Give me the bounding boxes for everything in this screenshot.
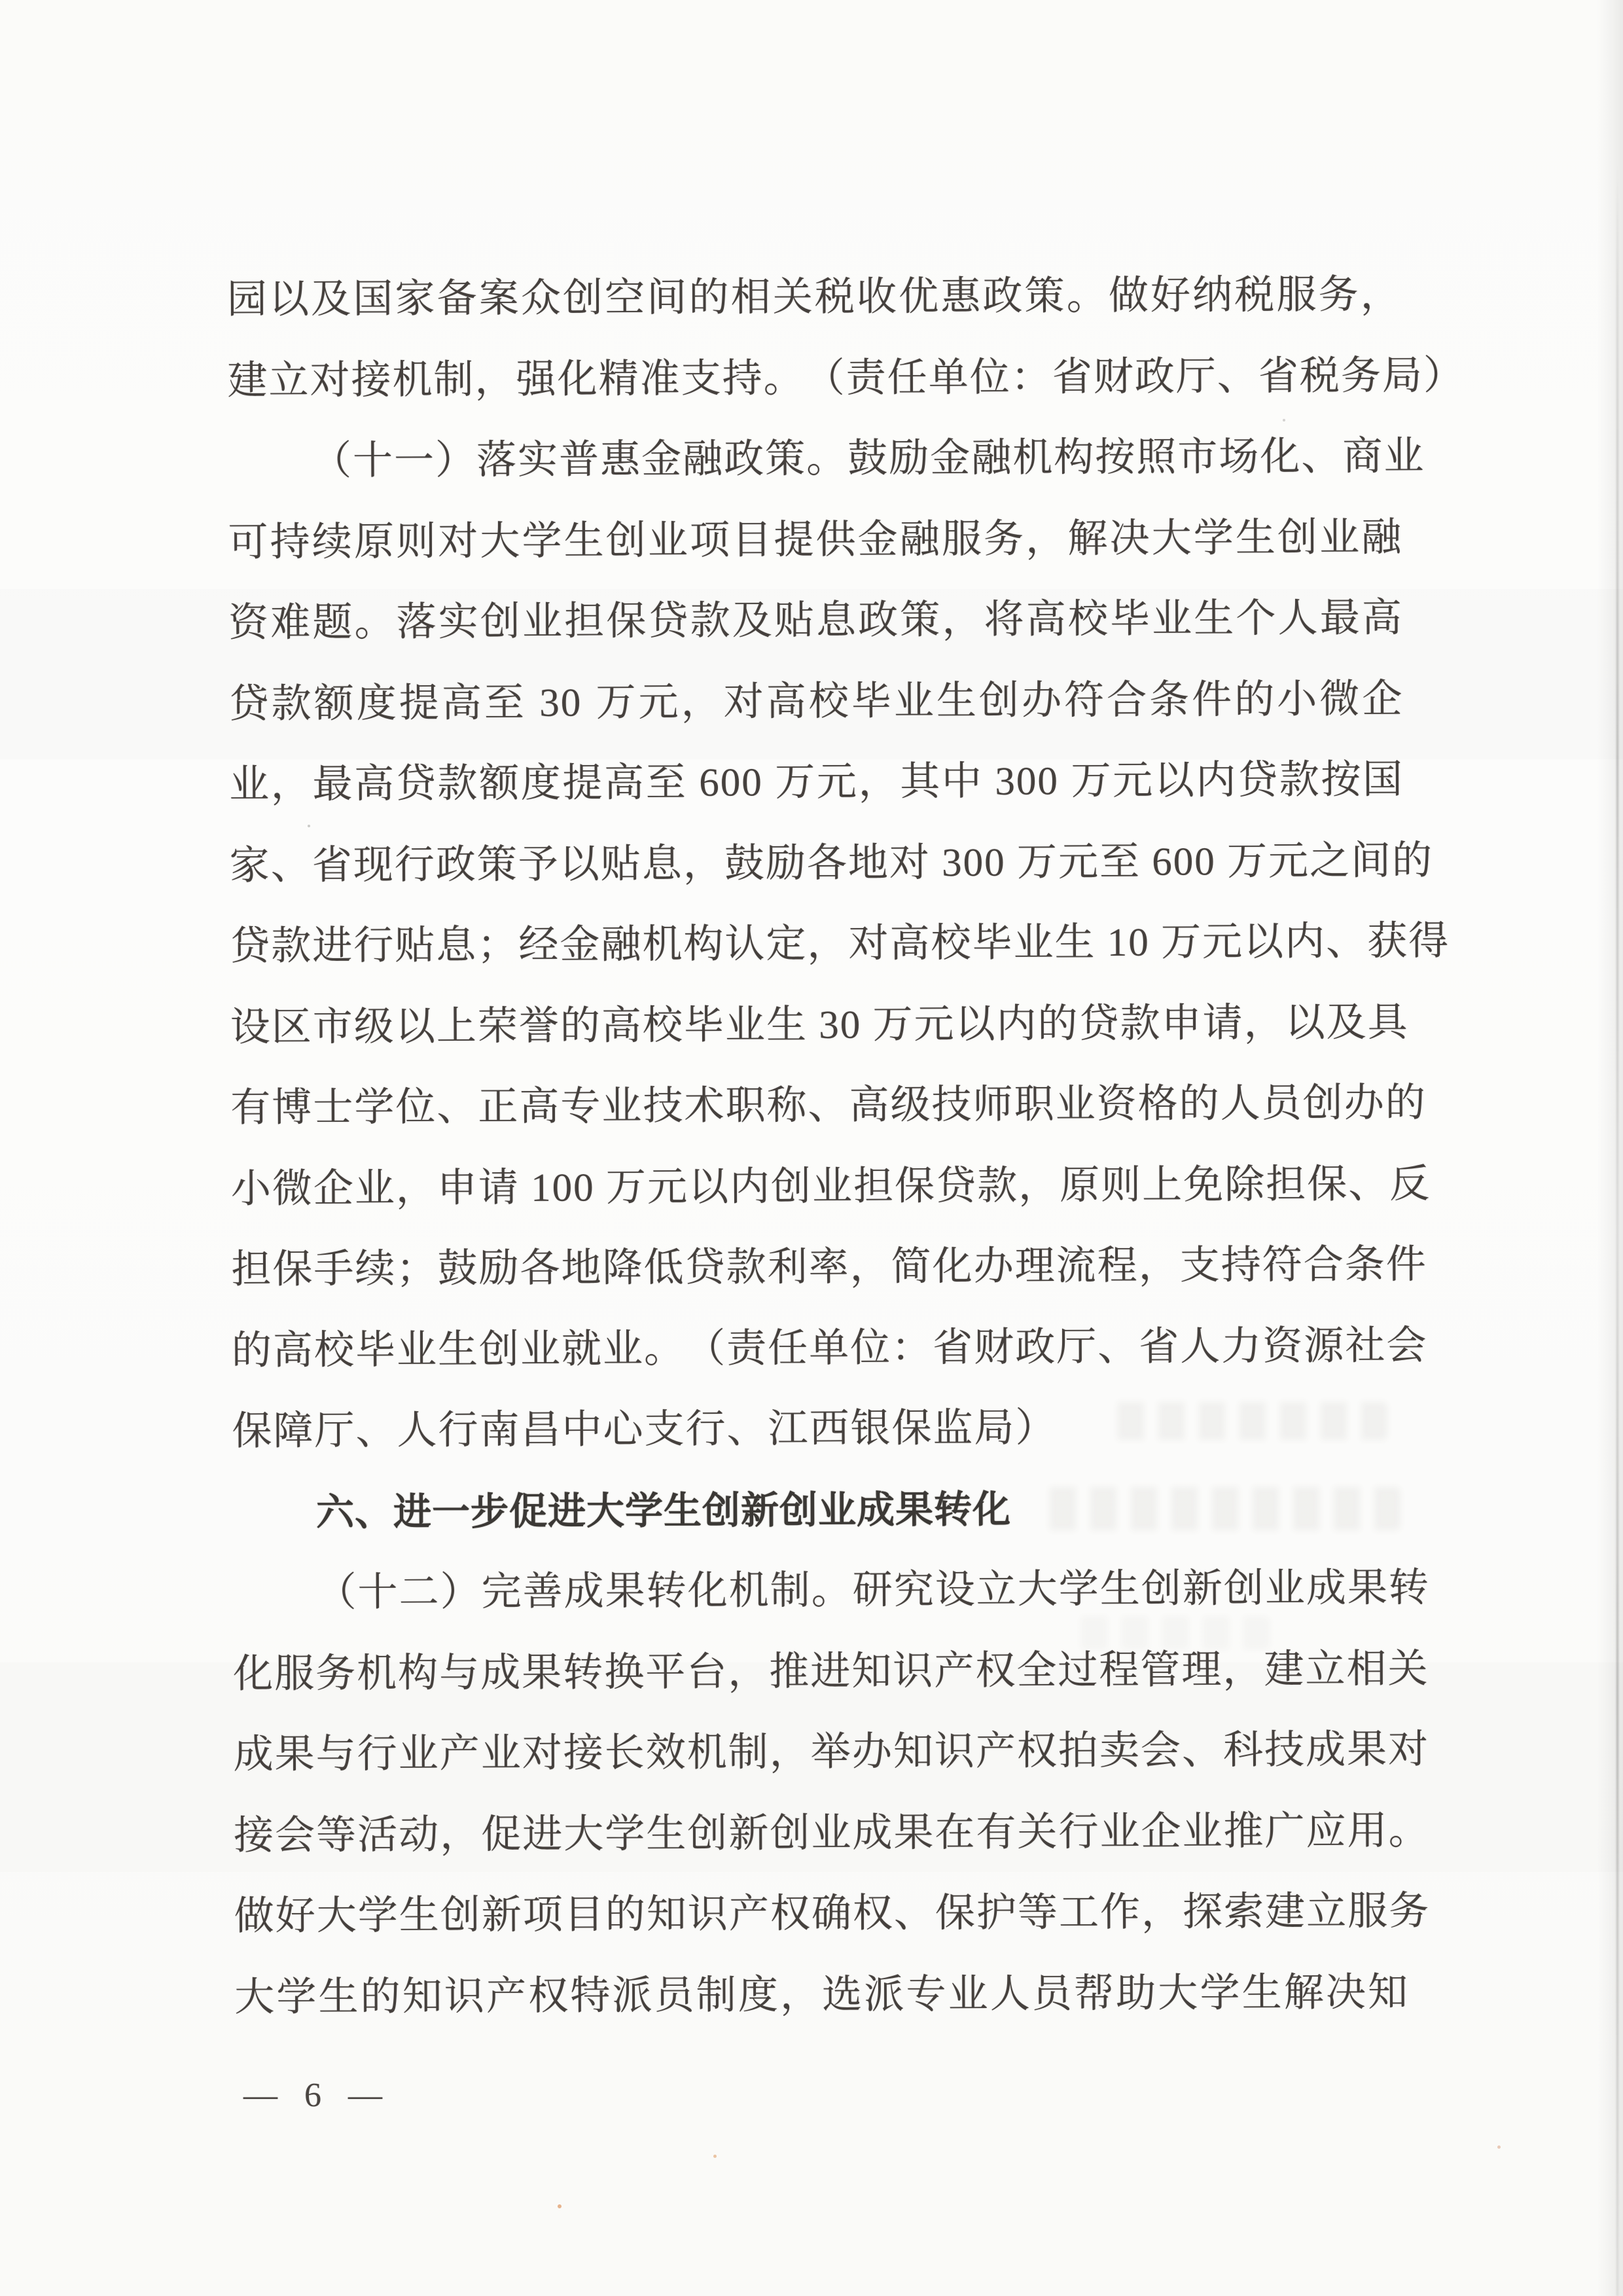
glyph: 力	[1221, 1306, 1263, 1388]
glyph: 务	[1389, 1871, 1431, 1952]
glyph: 的	[1234, 659, 1276, 740]
glyph: 建	[1265, 1872, 1307, 1953]
glyph: 业	[398, 1714, 440, 1795]
glyph: 服	[274, 1634, 316, 1715]
text-line: 建立对接机制，强化精准支持。（责任单位：省财政厅、省税务局）	[227, 336, 1402, 422]
glyph: 原	[354, 501, 396, 583]
glyph: 高	[519, 1067, 561, 1148]
glyph: 责	[726, 1308, 768, 1390]
glyph: 助	[1116, 1953, 1158, 2034]
glyph: ，	[1222, 1630, 1264, 1711]
glyph: 权	[528, 1956, 570, 2037]
glyph: 原	[1060, 1145, 1101, 1227]
glyph: ）	[435, 420, 477, 501]
glyph: 好	[275, 1876, 317, 1957]
glyph: 供	[815, 499, 857, 581]
glyph: 业	[1182, 1791, 1224, 1873]
glyph	[1005, 822, 1017, 903]
glyph: 息	[816, 581, 858, 662]
glyph: 以	[395, 986, 437, 1067]
glyph	[527, 662, 539, 744]
glyph: 案	[479, 259, 521, 340]
glyph: 认	[724, 904, 766, 985]
glyph: 高	[442, 663, 484, 744]
glyph: 研	[852, 1551, 894, 1632]
glyph: 以	[955, 984, 997, 1065]
text-line: 大学生的知识产权特派员制度，选派专业人员帮助大学生解决知	[234, 1952, 1410, 2038]
glyph: 大	[1158, 1953, 1200, 2034]
glyph	[1141, 821, 1152, 903]
glyph: 项	[523, 1875, 565, 1956]
glyph: 有	[976, 1792, 1018, 1873]
glyph: 创	[687, 1793, 729, 1874]
glyph: 办	[852, 1712, 894, 1793]
glyph	[1215, 821, 1227, 903]
glyph: 业	[948, 1954, 990, 2035]
glyph: 业	[812, 1146, 854, 1227]
glyph: 生	[399, 1876, 441, 1957]
glyph: 应	[1306, 1791, 1347, 1872]
glyph: 微	[1319, 659, 1361, 740]
glyph: 化	[557, 339, 599, 420]
glyph: 员	[1032, 1954, 1074, 2035]
glyph: 、	[1217, 336, 1259, 418]
glyph: 贷	[228, 664, 270, 745]
glyph: 产	[976, 1712, 1018, 1793]
glyph: 单	[809, 1308, 851, 1389]
glyph: 知	[851, 1631, 893, 1712]
glyph: 生	[1100, 1549, 1142, 1630]
glyph: 厅	[1056, 1307, 1098, 1388]
glyph: 关	[1017, 1792, 1059, 1873]
glyph: 鼓	[437, 1229, 479, 1310]
glyph: 索	[1224, 1872, 1266, 1953]
glyph: 位	[850, 1308, 892, 1389]
glyph: 元	[817, 742, 859, 823]
glyph: 学	[605, 1794, 647, 1875]
glyph: 一	[394, 421, 436, 502]
glyph: 贷	[648, 581, 690, 662]
glyph: 化	[1260, 417, 1302, 498]
glyph: 高	[889, 903, 931, 984]
glyph: 合	[1304, 1225, 1346, 1306]
glyph: 技	[931, 1065, 973, 1146]
glyph: 至	[645, 743, 687, 824]
glyph: 省	[1052, 337, 1094, 418]
glyph: 工	[1059, 1873, 1101, 1954]
glyph: 除	[1224, 1145, 1266, 1226]
glyph: 位	[395, 1067, 437, 1149]
glyph: 其	[900, 742, 942, 823]
glyph: 护	[976, 1873, 1018, 1954]
glyph: 纳	[1192, 255, 1234, 336]
glyph: 续	[312, 502, 354, 583]
glyph: 的	[1179, 1064, 1221, 1145]
glyph: 对	[1388, 1710, 1430, 1791]
glyph: 建	[227, 340, 269, 422]
glyph: 高	[1362, 578, 1404, 659]
glyph: ，	[728, 1632, 770, 1713]
glyph: 权	[975, 1630, 1017, 1712]
glyph: 金	[641, 420, 683, 501]
glyph: 会	[1141, 1711, 1183, 1792]
glyph: ，	[474, 340, 516, 421]
glyph: 、	[270, 825, 312, 906]
glyph: 资	[1262, 1306, 1304, 1387]
glyph: ，	[780, 1954, 822, 2036]
glyph: 业	[894, 661, 936, 742]
glyph: 的	[1392, 820, 1434, 901]
glyph: 动	[399, 1795, 440, 1876]
glyph: 学	[1059, 1549, 1101, 1630]
glyph: 难	[270, 583, 312, 664]
text-line: 做好大学生创新项目的知识产权确权、保护等工作，探索建立服务	[234, 1871, 1409, 1957]
glyph: 高	[354, 744, 396, 825]
dust-speck	[1497, 2145, 1501, 2149]
glyph: 卖	[1099, 1711, 1141, 1792]
glyph: 管	[1140, 1630, 1182, 1711]
glyph: 予	[518, 824, 560, 905]
glyph	[1150, 903, 1162, 984]
glyph: 款	[1120, 983, 1162, 1064]
glyph: 30	[819, 984, 862, 1066]
glyph: 会	[275, 1795, 317, 1876]
glyph: 促	[481, 1794, 523, 1875]
glyph: 生	[563, 501, 605, 582]
glyph: 务	[984, 499, 1026, 580]
glyph: 办	[1344, 1063, 1385, 1144]
glyph: 成	[1306, 1710, 1347, 1791]
glyph: 、	[437, 1067, 478, 1148]
glyph: 上	[437, 986, 478, 1067]
glyph: 企	[313, 1149, 355, 1230]
glyph: 有	[230, 1068, 272, 1149]
glyph: 请	[1202, 983, 1244, 1064]
page-edge-crease	[1616, 164, 1618, 2296]
glyph	[763, 742, 775, 823]
glyph: 校	[314, 1310, 356, 1391]
glyph: 元	[1202, 902, 1244, 983]
glyph: 省	[312, 825, 353, 906]
glyph: 学	[522, 501, 563, 582]
glyph: 过	[1058, 1630, 1099, 1712]
glyph: ，	[1026, 499, 1067, 580]
glyph: 。	[354, 583, 396, 664]
glyph: 创	[606, 501, 648, 582]
glyph: ，	[271, 744, 313, 825]
glyph: 贷	[396, 744, 438, 825]
glyph: 政	[436, 825, 478, 906]
glyph: 知	[647, 1874, 688, 1956]
glyph: 上	[1142, 1145, 1184, 1226]
glyph: 励	[889, 418, 931, 499]
glyph: 人	[1220, 1064, 1262, 1145]
glyph: 士	[313, 1067, 355, 1149]
glyph: 校	[809, 661, 851, 742]
glyph: 的	[605, 1874, 647, 1956]
dust-speck	[558, 2204, 562, 2208]
glyph: 照	[1136, 418, 1178, 499]
glyph: 政	[858, 580, 900, 661]
glyph: 融	[683, 420, 724, 501]
glyph: 识	[935, 1712, 976, 1793]
glyph: 降	[602, 1228, 644, 1309]
glyph: 最	[1319, 578, 1361, 659]
glyph: 职	[725, 1066, 767, 1147]
glyph: 用	[1347, 1791, 1389, 1872]
glyph: 600	[1152, 821, 1216, 903]
glyph: 万	[1227, 821, 1269, 902]
glyph: 申	[437, 1148, 479, 1229]
glyph: 识	[444, 1956, 486, 2037]
glyph: 校	[1068, 579, 1110, 660]
glyph: 活	[357, 1795, 399, 1876]
glyph: 元	[638, 662, 680, 743]
glyph: 项	[690, 500, 732, 581]
glyph: 担	[231, 1230, 273, 1311]
glyph: 融	[601, 905, 643, 986]
glyph: 学	[276, 1957, 318, 2038]
glyph: 励	[766, 823, 808, 905]
glyph: 接	[351, 340, 393, 421]
glyph: 专	[906, 1954, 948, 2036]
glyph: 惠	[600, 420, 642, 501]
glyph: 以	[1243, 902, 1285, 983]
glyph: 内	[730, 1147, 772, 1228]
glyph: 内	[996, 984, 1038, 1065]
glyph: 强	[516, 339, 558, 420]
glyph: 财	[1094, 336, 1135, 418]
glyph: 额	[313, 664, 355, 745]
glyph: 流	[1056, 1226, 1097, 1307]
glyph: 换	[604, 1632, 646, 1713]
glyph: 励	[478, 1229, 520, 1310]
glyph: 大	[1151, 498, 1193, 579]
glyph: 对	[438, 501, 480, 583]
glyph: 社	[1345, 1306, 1387, 1387]
glyph: 对	[310, 340, 351, 422]
glyph: 成	[1306, 1548, 1348, 1629]
glyph	[1059, 741, 1071, 822]
glyph: 按	[1321, 740, 1363, 821]
glyph: （	[685, 1308, 727, 1390]
glyph: 业	[1383, 416, 1425, 497]
glyph: 策	[477, 824, 519, 905]
glyph: 校	[931, 903, 972, 984]
glyph: 进	[522, 1794, 564, 1875]
glyph: 务	[1318, 255, 1360, 336]
glyph: 生	[936, 660, 978, 742]
glyph: ，	[1138, 1226, 1180, 1307]
glyph: 权	[853, 1874, 895, 1955]
glyph: 建	[1264, 1629, 1306, 1710]
glyph: 件	[1386, 1225, 1428, 1306]
glyph: （	[312, 421, 353, 502]
glyph: 毕	[355, 1310, 397, 1391]
glyph: 机	[642, 905, 684, 986]
glyph: 万	[872, 984, 914, 1066]
glyph: 善	[522, 1552, 564, 1633]
glyph: 果	[893, 1793, 935, 1874]
glyph: 至	[1099, 821, 1141, 903]
glyph: 对	[848, 904, 890, 985]
glyph: 600	[699, 742, 763, 823]
glyph: 款	[690, 581, 732, 662]
glyph: 众	[521, 259, 563, 340]
glyph: 生	[1054, 903, 1096, 984]
glyph: 担	[1266, 1144, 1308, 1225]
glyph: 知	[1368, 1952, 1410, 2034]
glyph: 免	[1183, 1145, 1225, 1226]
text-line: 业，最高贷款额度提高至 600 万元，其中 300 万元以内贷款按国	[229, 740, 1404, 825]
glyph: 内	[1285, 902, 1327, 983]
glyph: 。	[644, 1308, 686, 1390]
glyph: 理	[1014, 1226, 1056, 1307]
glyph: 将	[984, 580, 1026, 661]
glyph: 平	[645, 1632, 687, 1713]
text-line: 担保手续；鼓励各地降低贷款利率，简化办理流程，支持符合条件	[231, 1225, 1406, 1310]
glyph: 10	[1107, 903, 1150, 984]
glyph: 家	[229, 825, 271, 906]
glyph: 帮	[1074, 1954, 1116, 2035]
glyph: 中	[942, 742, 984, 823]
glyph: 保	[895, 1146, 936, 1227]
glyph: 鼓	[724, 823, 766, 905]
text-line: 贷款额度提高至 30 万元，对高校毕业生创办符合条件的小微企	[228, 659, 1404, 745]
glyph: 个	[1236, 579, 1277, 660]
glyph: 新	[728, 1793, 770, 1874]
glyph: 机	[687, 1713, 729, 1794]
glyph: 支	[1179, 1225, 1221, 1306]
glyph: 经	[518, 905, 560, 986]
glyph: 的	[1385, 1063, 1427, 1144]
glyph: 300	[942, 822, 1006, 903]
glyph: 万	[1071, 741, 1113, 822]
glyph: 任	[887, 338, 929, 419]
glyph: 广	[1264, 1791, 1306, 1872]
glyph: 融	[900, 499, 942, 581]
glyph: 接	[234, 1795, 276, 1876]
glyph: 息	[436, 905, 478, 986]
glyph: ，	[683, 823, 725, 905]
glyph: 款	[1279, 740, 1321, 821]
glyph: 策	[765, 419, 807, 500]
glyph: 业	[1013, 903, 1055, 984]
glyph: 金	[560, 905, 601, 986]
glyph: ，	[942, 580, 984, 661]
glyph: 完	[481, 1552, 523, 1633]
glyph: 单	[928, 337, 970, 418]
glyph: 知	[402, 1956, 444, 2037]
glyph: 关	[772, 257, 814, 338]
glyph: 策	[1024, 256, 1066, 337]
glyph: ；	[396, 1229, 438, 1310]
glyph: 员	[1261, 1064, 1303, 1145]
glyph: ，	[770, 1712, 811, 1793]
glyph: 落	[476, 420, 518, 501]
glyph: 博	[272, 1067, 313, 1149]
glyph: 推	[1223, 1791, 1265, 1873]
dust-speck	[713, 2155, 717, 2158]
glyph: 务	[1341, 336, 1383, 417]
glyph: 称	[766, 1066, 808, 1147]
glyph: 局	[1382, 335, 1424, 416]
glyph: 业	[603, 1309, 645, 1390]
glyph: 空	[605, 258, 647, 339]
glyph: 进	[810, 1631, 852, 1712]
glyph: 新	[482, 1875, 524, 1956]
glyph: 究	[894, 1550, 936, 1631]
glyph: 业	[811, 1793, 853, 1874]
glyph: 关	[1387, 1628, 1429, 1710]
glyph: 、	[1326, 901, 1368, 982]
glyph: 款	[271, 664, 313, 745]
glyph: 荣	[478, 986, 520, 1067]
glyph: 息	[642, 823, 684, 905]
glyph: 构	[683, 905, 725, 986]
glyph: 创	[1224, 1549, 1266, 1630]
glyph: ）	[440, 1552, 482, 1633]
glyph: 产	[439, 1713, 481, 1795]
glyph: 国	[353, 259, 395, 340]
text-line: 成果与行业产业对接长效机制，举办知识产权拍卖会、科技成果对	[233, 1710, 1408, 1795]
glyph: 业	[520, 1309, 562, 1390]
glyph: 惠	[940, 257, 982, 338]
glyph: 大	[563, 1794, 605, 1875]
glyph: 产	[729, 1874, 771, 1955]
glyph: 条	[1345, 1225, 1387, 1306]
glyph: 策	[900, 580, 942, 661]
glyph: 生	[1241, 1952, 1283, 2034]
glyph: 做	[1109, 256, 1150, 337]
glyph: 程	[1097, 1226, 1139, 1307]
glyph: 政	[724, 419, 766, 500]
glyph: 转	[1389, 1548, 1431, 1629]
text-line: 有博士学位、正高专业技术职称、高级技师职业资格的人员创办的	[230, 1063, 1406, 1149]
glyph: 大	[316, 1876, 358, 1957]
glyph: 构	[398, 1633, 440, 1714]
glyph: 责	[846, 338, 887, 419]
glyph: 产	[486, 1956, 528, 2037]
glyph: 化	[932, 1227, 974, 1308]
glyph: 元	[914, 984, 955, 1066]
glyph: 税	[815, 257, 857, 338]
glyph: 简	[891, 1227, 933, 1308]
glyph: 以	[1154, 740, 1196, 821]
glyph: 款	[271, 906, 313, 987]
glyph: 具	[1367, 982, 1409, 1064]
glyph: 立	[268, 340, 310, 422]
glyph: 。	[763, 338, 805, 420]
glyph: 相	[730, 257, 772, 338]
glyph: 以	[269, 259, 311, 340]
glyph: 贴	[395, 906, 437, 987]
glyph: 创	[979, 660, 1021, 742]
glyph: 间	[1351, 821, 1393, 902]
glyph: 的	[232, 1310, 274, 1391]
glyph: 选	[822, 1954, 864, 2036]
glyph: 元	[647, 1147, 689, 1228]
glyph: 业	[522, 582, 564, 663]
glyph: 保	[1307, 1144, 1349, 1225]
glyph	[983, 742, 995, 823]
glyph: 机	[728, 1551, 770, 1632]
glyph: 政	[982, 257, 1024, 338]
glyph: 担	[853, 1146, 895, 1227]
glyph: 优	[899, 257, 940, 338]
glyph	[861, 984, 873, 1066]
glyph: 收	[857, 257, 899, 338]
